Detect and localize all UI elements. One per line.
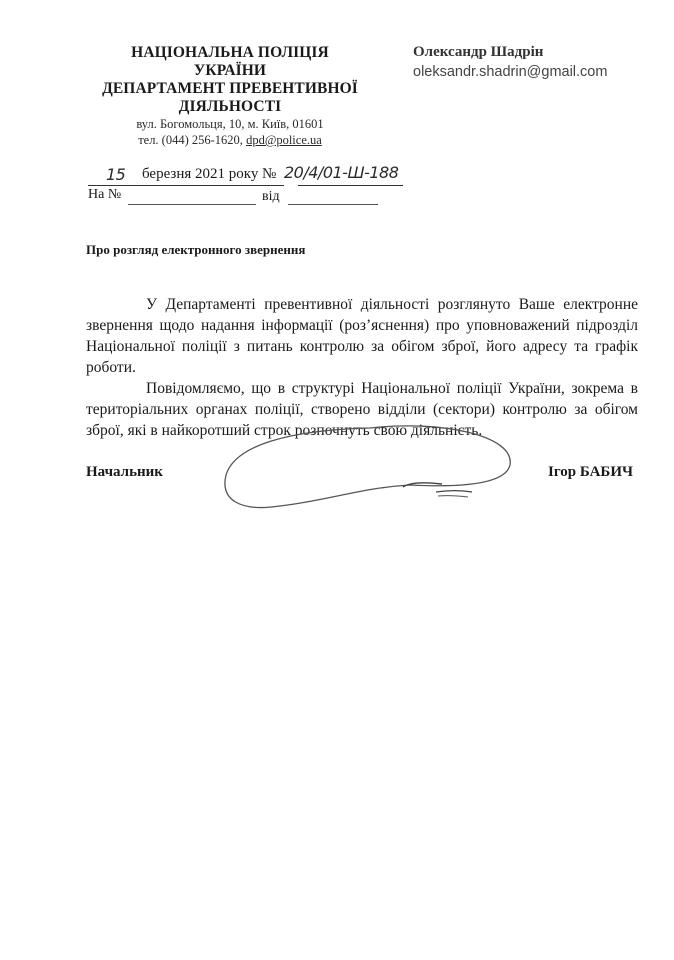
recipient-block: Олександр Шадрін oleksandr.shadrin@gmail… xyxy=(413,43,607,82)
org-contacts: тел. (044) 256-1620, dpd@police.ua xyxy=(80,132,380,148)
org-name-line2: УКРАЇНИ xyxy=(80,62,380,80)
number-underline xyxy=(298,185,403,186)
document-number: 20/4/01-Ш-188 xyxy=(284,163,398,182)
org-address: вул. Богомольця, 10, м. Київ, 01601 xyxy=(80,116,380,132)
number-sign: № xyxy=(262,166,276,183)
reply-to-number-field xyxy=(128,204,256,205)
department-name-line1: ДЕПАРТАМЕНТ ПРЕВЕНТИВНОЇ xyxy=(80,80,380,98)
letterhead: НАЦІОНАЛЬНА ПОЛІЦІЯ УКРАЇНИ ДЕПАРТАМЕНТ … xyxy=(80,44,380,148)
body-paragraph-1: У Департаменті превентивної діяльності р… xyxy=(86,294,638,378)
from-label: від xyxy=(262,189,280,205)
signatory-name: Ігор БАБИЧ xyxy=(548,464,633,481)
department-name-line2: ДІЯЛЬНОСТІ xyxy=(80,98,380,116)
recipient-email: oleksandr.shadrin@gmail.com xyxy=(413,62,607,82)
date-underline xyxy=(88,185,284,186)
org-phone: тел. (044) 256-1620, xyxy=(138,133,246,147)
reply-to-label: На № xyxy=(88,187,121,203)
org-email-link[interactable]: dpd@police.ua xyxy=(246,133,322,147)
letter-body: У Департаменті превентивної діяльності р… xyxy=(86,294,638,441)
subject: Про розгляд електронного звернення xyxy=(86,242,305,258)
date-month-year: березня 2021 року xyxy=(142,166,258,183)
from-date-field xyxy=(288,204,378,205)
recipient-name: Олександр Шадрін xyxy=(413,43,607,62)
org-name-line1: НАЦІОНАЛЬНА ПОЛІЦІЯ xyxy=(80,44,380,62)
handwritten-signature xyxy=(210,420,530,530)
signatory-position: Начальник xyxy=(86,464,163,481)
date-day: 15 xyxy=(106,165,125,184)
